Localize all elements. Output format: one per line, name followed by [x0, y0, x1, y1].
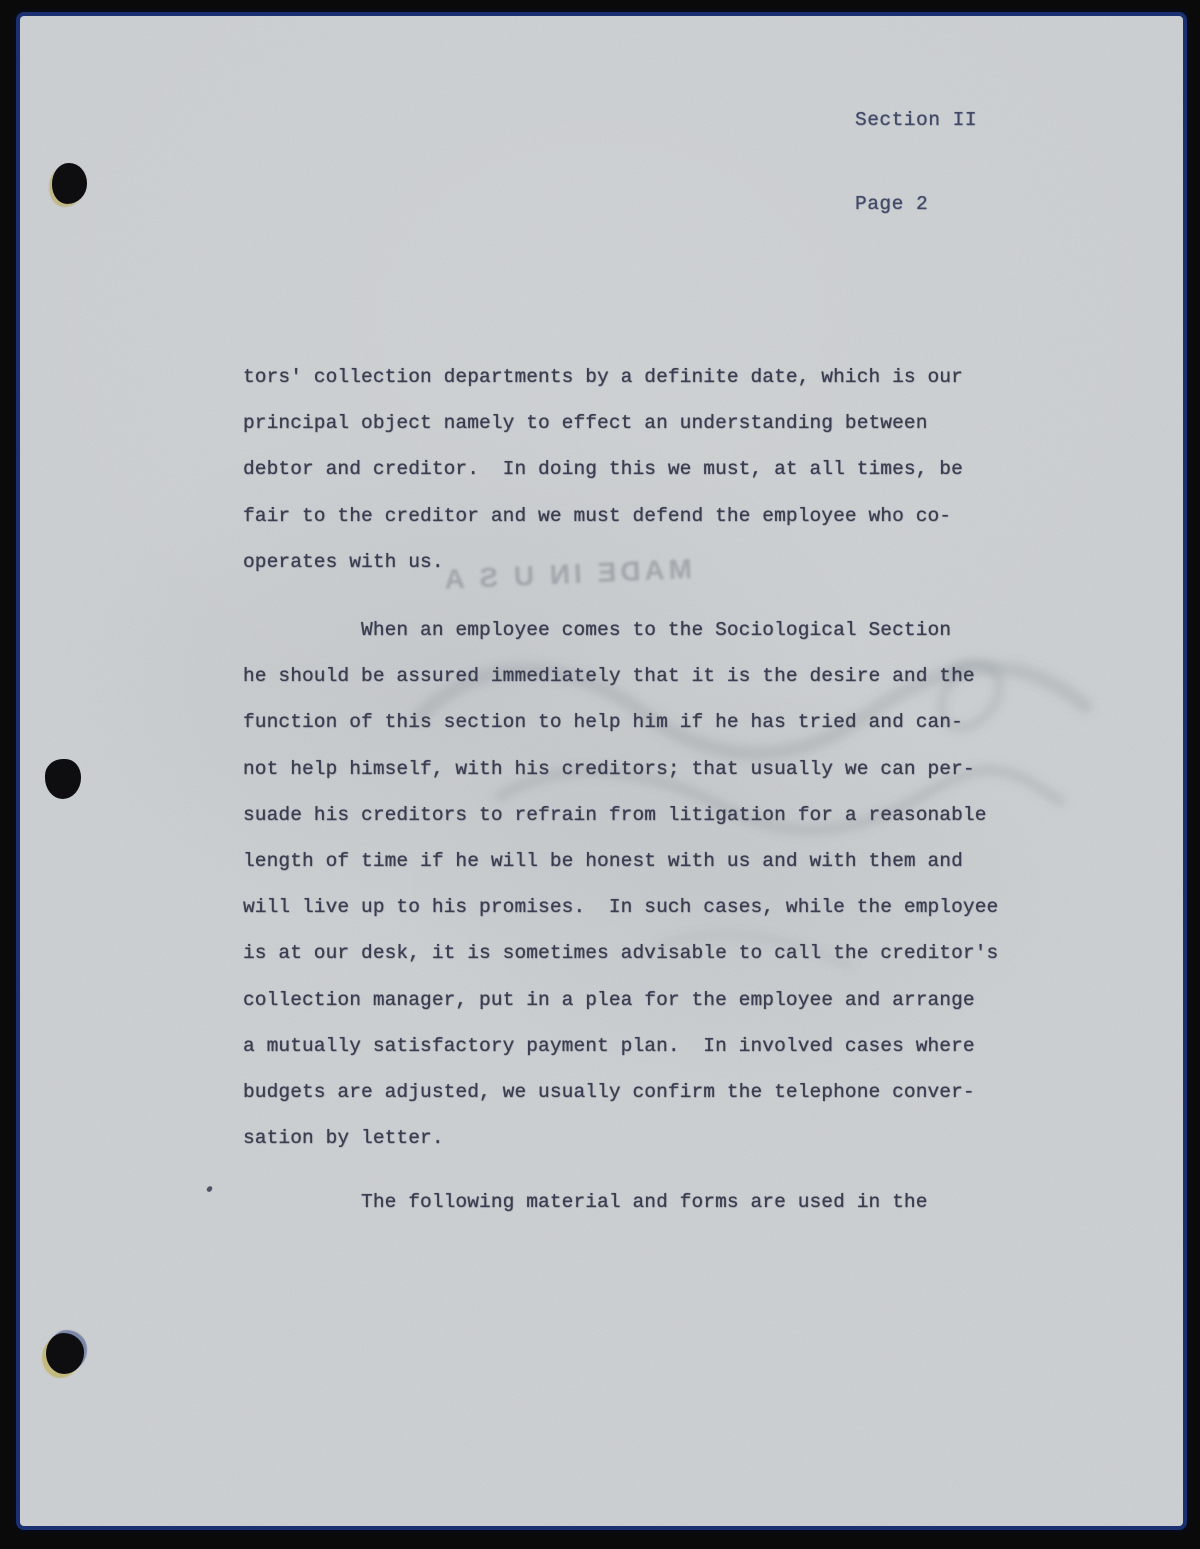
page-number: Page 2 [855, 190, 977, 218]
paragraph: When an employee comes to the Sociologic… [243, 607, 998, 1161]
text-line: function of this section to help him if … [243, 699, 998, 745]
text-line: principal object namely to effect an und… [243, 400, 998, 446]
text-line: he should be assured immediately that it… [243, 653, 998, 699]
page-header: Section II Page 2 [855, 50, 977, 246]
document-body: tors' collection departments by a defini… [243, 354, 998, 1226]
paragraph: tors' collection departments by a defini… [243, 354, 998, 585]
text-line: not help himself, with his creditors; th… [243, 746, 998, 792]
text-line: collection manager, put in a plea for th… [243, 977, 998, 1023]
text-line: length of time if he will be honest with… [243, 838, 998, 884]
paragraph: The following material and forms are use… [243, 1179, 998, 1225]
scan-background: { "document": { "header": { "section": "… [0, 0, 1200, 1549]
text-line: The following material and forms are use… [243, 1179, 998, 1225]
text-line: budgets are adjusted, we usually confirm… [243, 1069, 998, 1115]
text-line: suade his creditors to refrain from liti… [243, 792, 998, 838]
text-line: sation by letter. [243, 1115, 998, 1161]
text-line: will live up to his promises. In such ca… [243, 884, 998, 930]
text-line: tors' collection departments by a defini… [243, 354, 998, 400]
text-line: debtor and creditor. In doing this we mu… [243, 446, 998, 492]
text-line: operates with us. [243, 539, 998, 585]
section-label: Section II [855, 106, 977, 134]
text-line: fair to the creditor and we must defend … [243, 493, 998, 539]
text-line: When an employee comes to the Sociologic… [243, 607, 998, 653]
text-line: a mutually satisfactory payment plan. In… [243, 1023, 998, 1069]
text-line: is at our desk, it is sometimes advisabl… [243, 930, 998, 976]
